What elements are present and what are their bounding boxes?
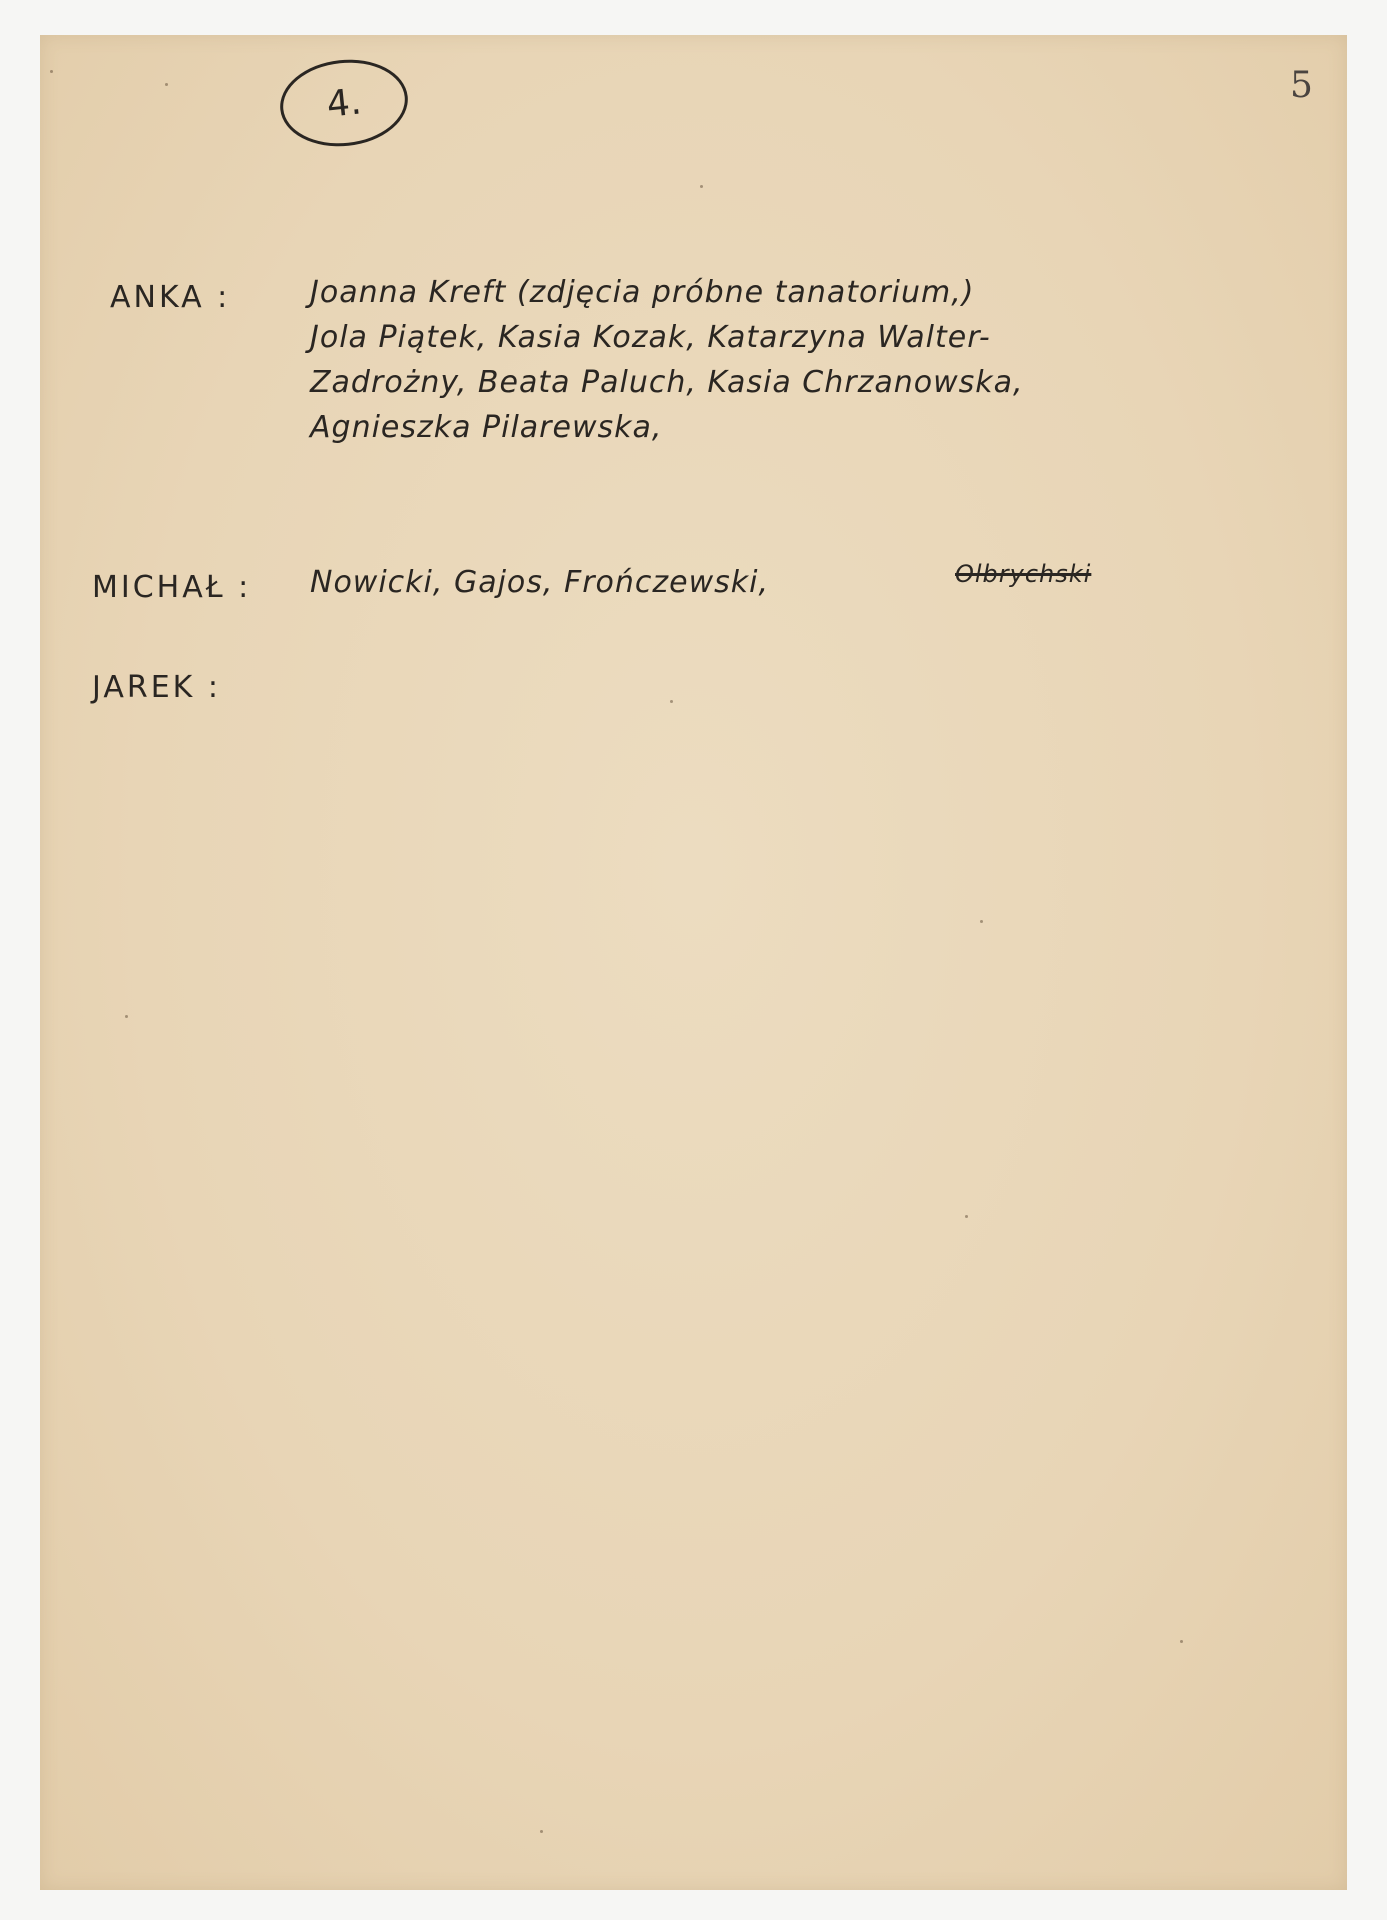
entry-label-jarek: JAREK : [92, 670, 221, 705]
paper-speck [980, 920, 983, 923]
paper-sheet: 4. 5 ANKA : Joanna Kreft (zdjęcia próbne… [40, 35, 1347, 1890]
section-number: 4. [325, 81, 363, 125]
section-number-circle: 4. [276, 54, 412, 153]
paper-speck [165, 83, 168, 86]
entry-line: Nowicki, Gajos, Frończewski, [310, 565, 769, 600]
entry-label-michal: MICHAŁ : [92, 570, 251, 605]
struck-out-word: Olbrychski [955, 560, 1091, 588]
paper-speck [1180, 1640, 1183, 1643]
entry-line: Jola Piątek, Kasia Kozak, Katarzyna Walt… [310, 320, 991, 355]
paper-speck [50, 70, 53, 73]
entry-line: Agnieszka Pilarewska, [310, 410, 662, 445]
paper-speck [540, 1830, 543, 1833]
entry-line: Zadrożny, Beata Paluch, Kasia Chrzanowsk… [310, 365, 1024, 400]
paper-speck [965, 1215, 968, 1218]
paper-speck [670, 700, 673, 703]
entry-line: Joanna Kreft (zdjęcia próbne tanatorium,… [310, 275, 974, 310]
paper-speck [700, 185, 703, 188]
paper-speck [125, 1015, 128, 1018]
entry-label-anka: ANKA : [110, 280, 230, 315]
page-number: 5 [1290, 65, 1313, 106]
